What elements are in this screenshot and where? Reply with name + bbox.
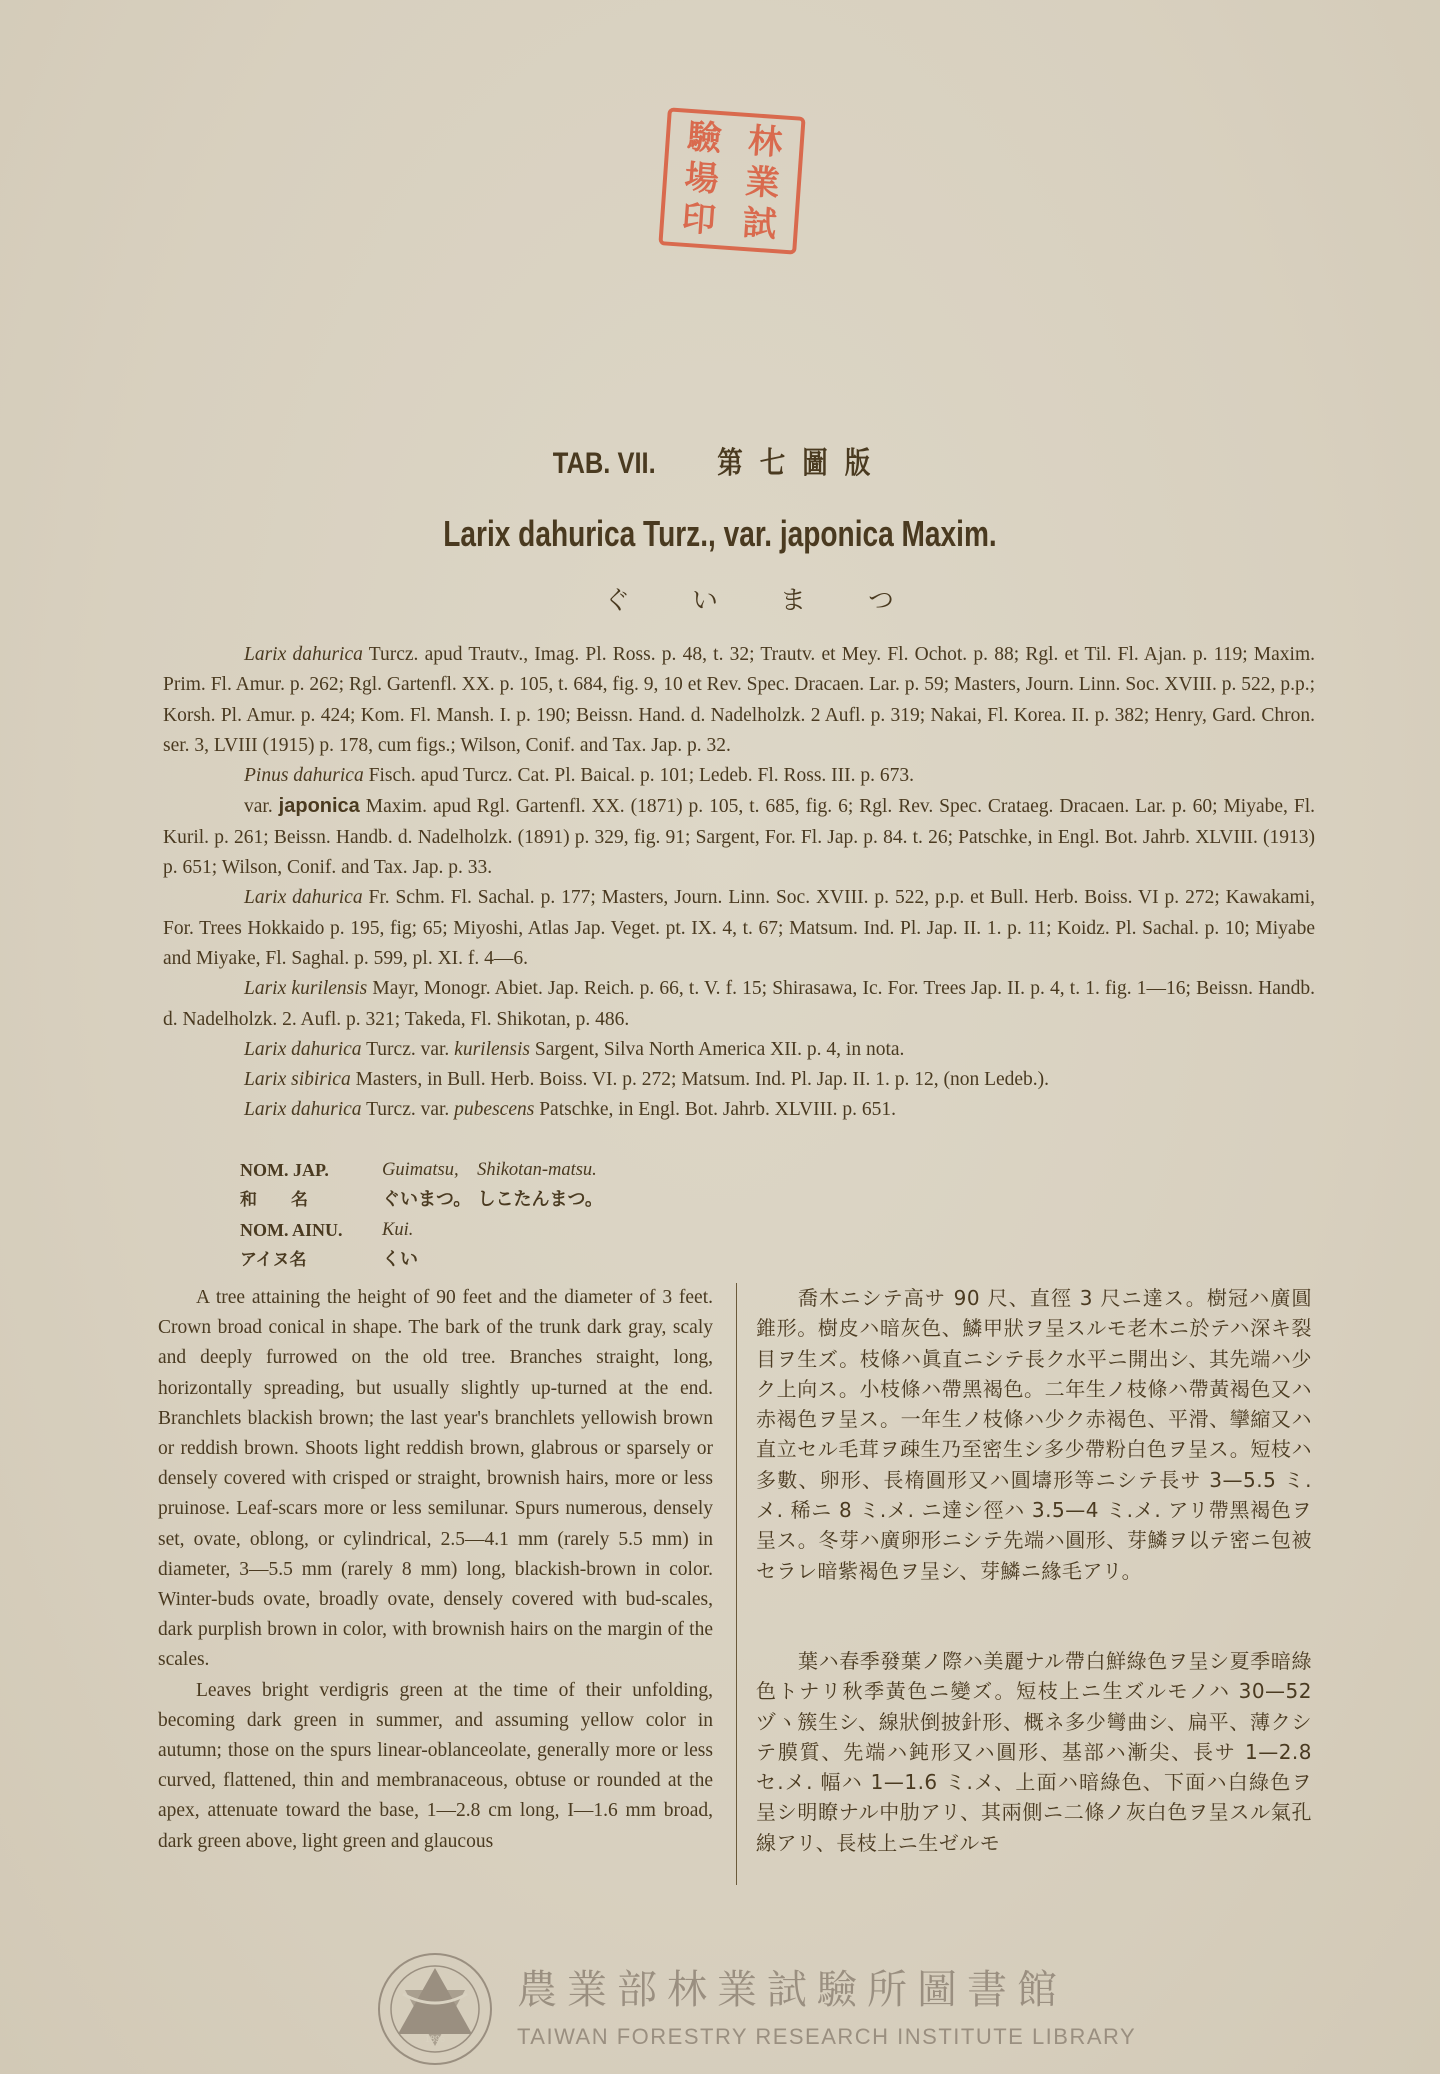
taxon-name: Larix dahurica (244, 1099, 362, 1120)
synonym-entry: Pinus dahurica Fisch. apud Turcz. Cat. P… (163, 761, 1315, 791)
vernacular-name-row: 和 名ぐいまつ。 しこたんまつ。 (240, 1185, 603, 1215)
vernacular-name-row: NOM. AINU.Kui. (240, 1215, 603, 1245)
plate-number: TAB. VII. (553, 447, 656, 480)
description-paragraph-jp: 葉ハ春季發葉ノ際ハ美麗ナル帶白鮮綠色ヲ呈シ夏季暗綠色トナリ秋季黃色ニ變ズ。短枝上… (756, 1646, 1312, 1858)
synonym-entry: Larix kurilensis Mayr, Monogr. Abiet. Ja… (163, 974, 1315, 1035)
species-title: Larix dahurica Turz., var. japonica Maxi… (158, 513, 1281, 555)
stamp-char: 業 (731, 164, 794, 202)
synonym-entry: var. japonica Maxim. apud Rgl. Gartenfl.… (163, 791, 1315, 883)
institute-logo-icon: 1896 (375, 1950, 495, 2068)
synonym-entry: Larix sibirica Masters, in Bull. Herb. B… (163, 1065, 1315, 1095)
synonym-entry: Larix dahurica Fr. Schm. Fl. Sachal. p. … (163, 883, 1315, 974)
plate-number-kanji: 第七圖版 (717, 446, 887, 481)
description-paragraph: Leaves bright verdigris green at the tim… (158, 1676, 713, 1857)
synonymy-list: Larix dahurica Turcz. apud Trautv., Imag… (163, 640, 1315, 1126)
vernacular-label: NOM. AINU. (240, 1215, 382, 1245)
vernacular-names: NOM. JAP.Guimatsu, Shikotan-matsu.和 名ぐいま… (240, 1155, 603, 1275)
stamp-char: 林 (734, 123, 797, 161)
description-japanese: 喬木ニシテ高サ 90 尺、直徑 3 尺ニ達ス。樹冠ハ廣圓錐形。樹皮ハ暗灰色、鱗甲… (756, 1283, 1312, 1858)
vernacular-label: 和 名 (240, 1185, 382, 1215)
vernacular-label: NOM. JAP. (240, 1155, 382, 1185)
synonym-entry: Larix dahurica Turcz. var. kurilensis Sa… (163, 1035, 1315, 1065)
taxon-name: japonica (279, 795, 360, 817)
library-name-english: TAIWAN FORESTRY RESEARCH INSTITUTE LIBRA… (517, 2024, 1136, 2050)
column-divider (736, 1283, 737, 1885)
japanese-common-name-title: ぐいまつ (0, 580, 1440, 617)
vernacular-value: Guimatsu, Shikotan-matsu. (382, 1155, 597, 1185)
vernacular-name-row: NOM. JAP.Guimatsu, Shikotan-matsu. (240, 1155, 603, 1185)
stamp-char: 驗 (673, 119, 736, 157)
taxon-name: Larix dahurica (244, 1039, 362, 1060)
plate-heading: TAB. VII. 第七圖版 (108, 438, 1332, 482)
taxon-name: Larix dahurica (244, 887, 363, 908)
description-paragraph: A tree attaining the height of 90 feet a… (158, 1283, 713, 1676)
vernacular-value: Kui. (382, 1215, 413, 1245)
taxon-name: kurilensis (454, 1039, 530, 1060)
taxon-name: pubescens (454, 1099, 534, 1120)
synonym-entry: Larix dahurica Turcz. var. pubescens Pat… (163, 1095, 1315, 1125)
stamp-char: 試 (728, 205, 791, 243)
library-name-chinese: 農業部林業試驗所圖書館 (517, 1958, 1067, 2015)
vernacular-value: くい (382, 1245, 418, 1275)
taxon-name: Larix kurilensis (244, 978, 367, 999)
description-paragraph-jp: 喬木ニシテ高サ 90 尺、直徑 3 尺ニ達ス。樹冠ハ廣圓錐形。樹皮ハ暗灰色、鱗甲… (756, 1283, 1312, 1586)
vernacular-value: ぐいまつ。 しこたんまつ。 (382, 1185, 603, 1215)
stamp-char: 場 (670, 160, 733, 198)
taxon-name: Larix sibirica (244, 1069, 351, 1090)
synonym-entry: Larix dahurica Turcz. apud Trautv., Imag… (163, 640, 1315, 761)
library-watermark: 1896 農業部林業試驗所圖書館 TAIWAN FORESTRY RESEARC… (375, 1950, 1075, 2070)
description-english: A tree attaining the height of 90 feet a… (158, 1283, 713, 1857)
vernacular-name-row: アイヌ名くい (240, 1245, 603, 1275)
taxon-name: Pinus dahurica (244, 765, 364, 786)
svg-text:1896: 1896 (425, 2034, 445, 2044)
stamp-char: 印 (667, 200, 730, 238)
vernacular-label: アイヌ名 (240, 1245, 382, 1275)
taxon-name: Larix dahurica (244, 644, 363, 665)
red-seal-stamp: 林 業 試 驗 場 印 (658, 107, 805, 254)
